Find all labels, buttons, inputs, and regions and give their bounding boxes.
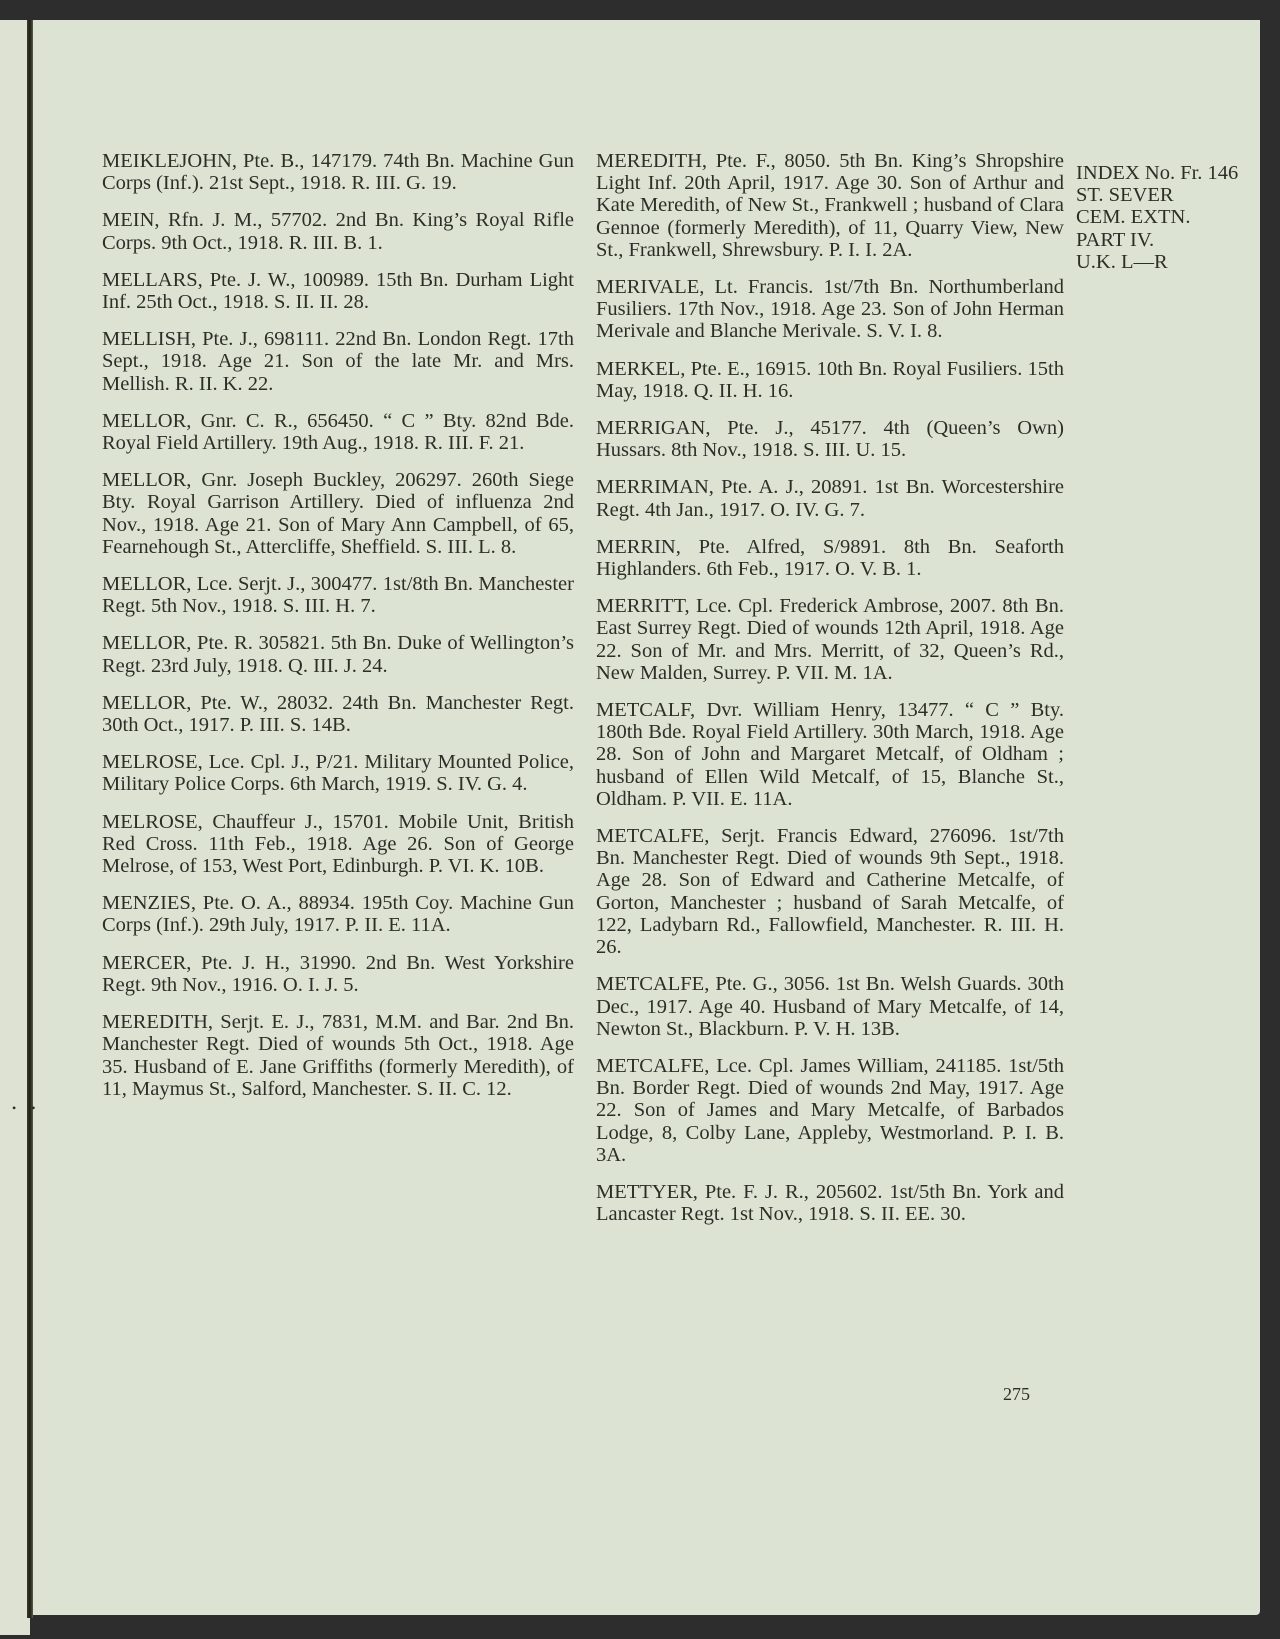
register-entry: MEREDITH, Pte. F., 8050. 5th Bn. King’s … xyxy=(596,150,1064,261)
register-entry: MELLOR, Pte. R. 305821. 5th Bn. Duke of … xyxy=(102,632,574,676)
register-entry: MERCER, Pte. J. H., 31990. 2nd Bn. West … xyxy=(102,952,574,996)
index-number: INDEX No. Fr. 146 xyxy=(1076,162,1238,184)
register-entry: METCALFE, Pte. G., 3056. 1st Bn. Welsh G… xyxy=(596,973,1064,1040)
register-entry: MELLISH, Pte. J., 698111. 22nd Bn. Londo… xyxy=(102,328,574,395)
part-number: PART IV. xyxy=(1076,229,1238,251)
cemetery-name: ST. SEVER xyxy=(1076,184,1238,206)
register-entry: MENZIES, Pte. O. A., 88934. 195th Coy. M… xyxy=(102,892,574,936)
register-entry: MELLOR, Pte. W., 28032. 24th Bn. Manches… xyxy=(102,692,574,736)
left-column: MEIKLEJOHN, Pte. B., 147179. 74th Bn. Ma… xyxy=(102,150,574,1115)
register-entry: MELLOR, Gnr. Joseph Buckley, 206297. 260… xyxy=(102,469,574,558)
cemetery-extension: CEM. EXTN. xyxy=(1076,206,1238,228)
register-entry: MERKEL, Pte. E., 16915. 10th Bn. Royal F… xyxy=(596,358,1064,402)
register-entry: MEIN, Rfn. J. M., 57702. 2nd Bn. King’s … xyxy=(102,209,574,253)
register-entry: METTYER, Pte. F. J. R., 205602. 1st/5th … xyxy=(596,1181,1064,1225)
register-entry: MELROSE, Chauffeur J., 15701. Mobile Uni… xyxy=(102,811,574,878)
document-page: MEIKLEJOHN, Pte. B., 147179. 74th Bn. Ma… xyxy=(33,20,1260,1615)
nationality-range: U.K. L—R xyxy=(1076,251,1238,273)
register-entry: METCALFE, Lce. Cpl. James William, 24118… xyxy=(596,1055,1064,1166)
register-entry: MELLOR, Lce. Serjt. J., 300477. 1st/8th … xyxy=(102,573,574,617)
register-entry: METCALF, Dvr. William Henry, 13477. “ C … xyxy=(596,699,1064,810)
facing-page-edge xyxy=(0,20,30,1635)
register-entry: MEREDITH, Serjt. E. J., 7831, M.M. and B… xyxy=(102,1011,574,1100)
register-entry: MERRIGAN, Pte. J., 45177. 4th (Queen’s O… xyxy=(596,417,1064,461)
right-column: MEREDITH, Pte. F., 8050. 5th Bn. King’s … xyxy=(596,150,1064,1240)
register-entry: MELLOR, Gnr. C. R., 656450. “ C ” Bty. 8… xyxy=(102,410,574,454)
cemetery-index-header: INDEX No. Fr. 146 ST. SEVER CEM. EXTN. P… xyxy=(1076,162,1238,273)
register-entry: METCALFE, Serjt. Francis Edward, 276096.… xyxy=(596,825,1064,958)
register-entry: MELROSE, Lce. Cpl. J., P/21. Military Mo… xyxy=(102,751,574,795)
register-entry: MERIVALE, Lt. Francis. 1st/7th Bn. North… xyxy=(596,276,1064,343)
register-entry: MEIKLEJOHN, Pte. B., 147179. 74th Bn. Ma… xyxy=(102,150,574,194)
register-entry: MERRITT, Lce. Cpl. Frederick Ambrose, 20… xyxy=(596,595,1064,684)
register-entry: MERRIN, Pte. Alfred, S/9891. 8th Bn. Sea… xyxy=(596,536,1064,580)
page-number: 275 xyxy=(1003,1384,1030,1405)
margin-marks: • • xyxy=(12,1101,41,1116)
register-entry: MELLARS, Pte. J. W., 100989. 15th Bn. Du… xyxy=(102,269,574,313)
register-entry: MERRIMAN, Pte. A. J., 20891. 1st Bn. Wor… xyxy=(596,476,1064,520)
